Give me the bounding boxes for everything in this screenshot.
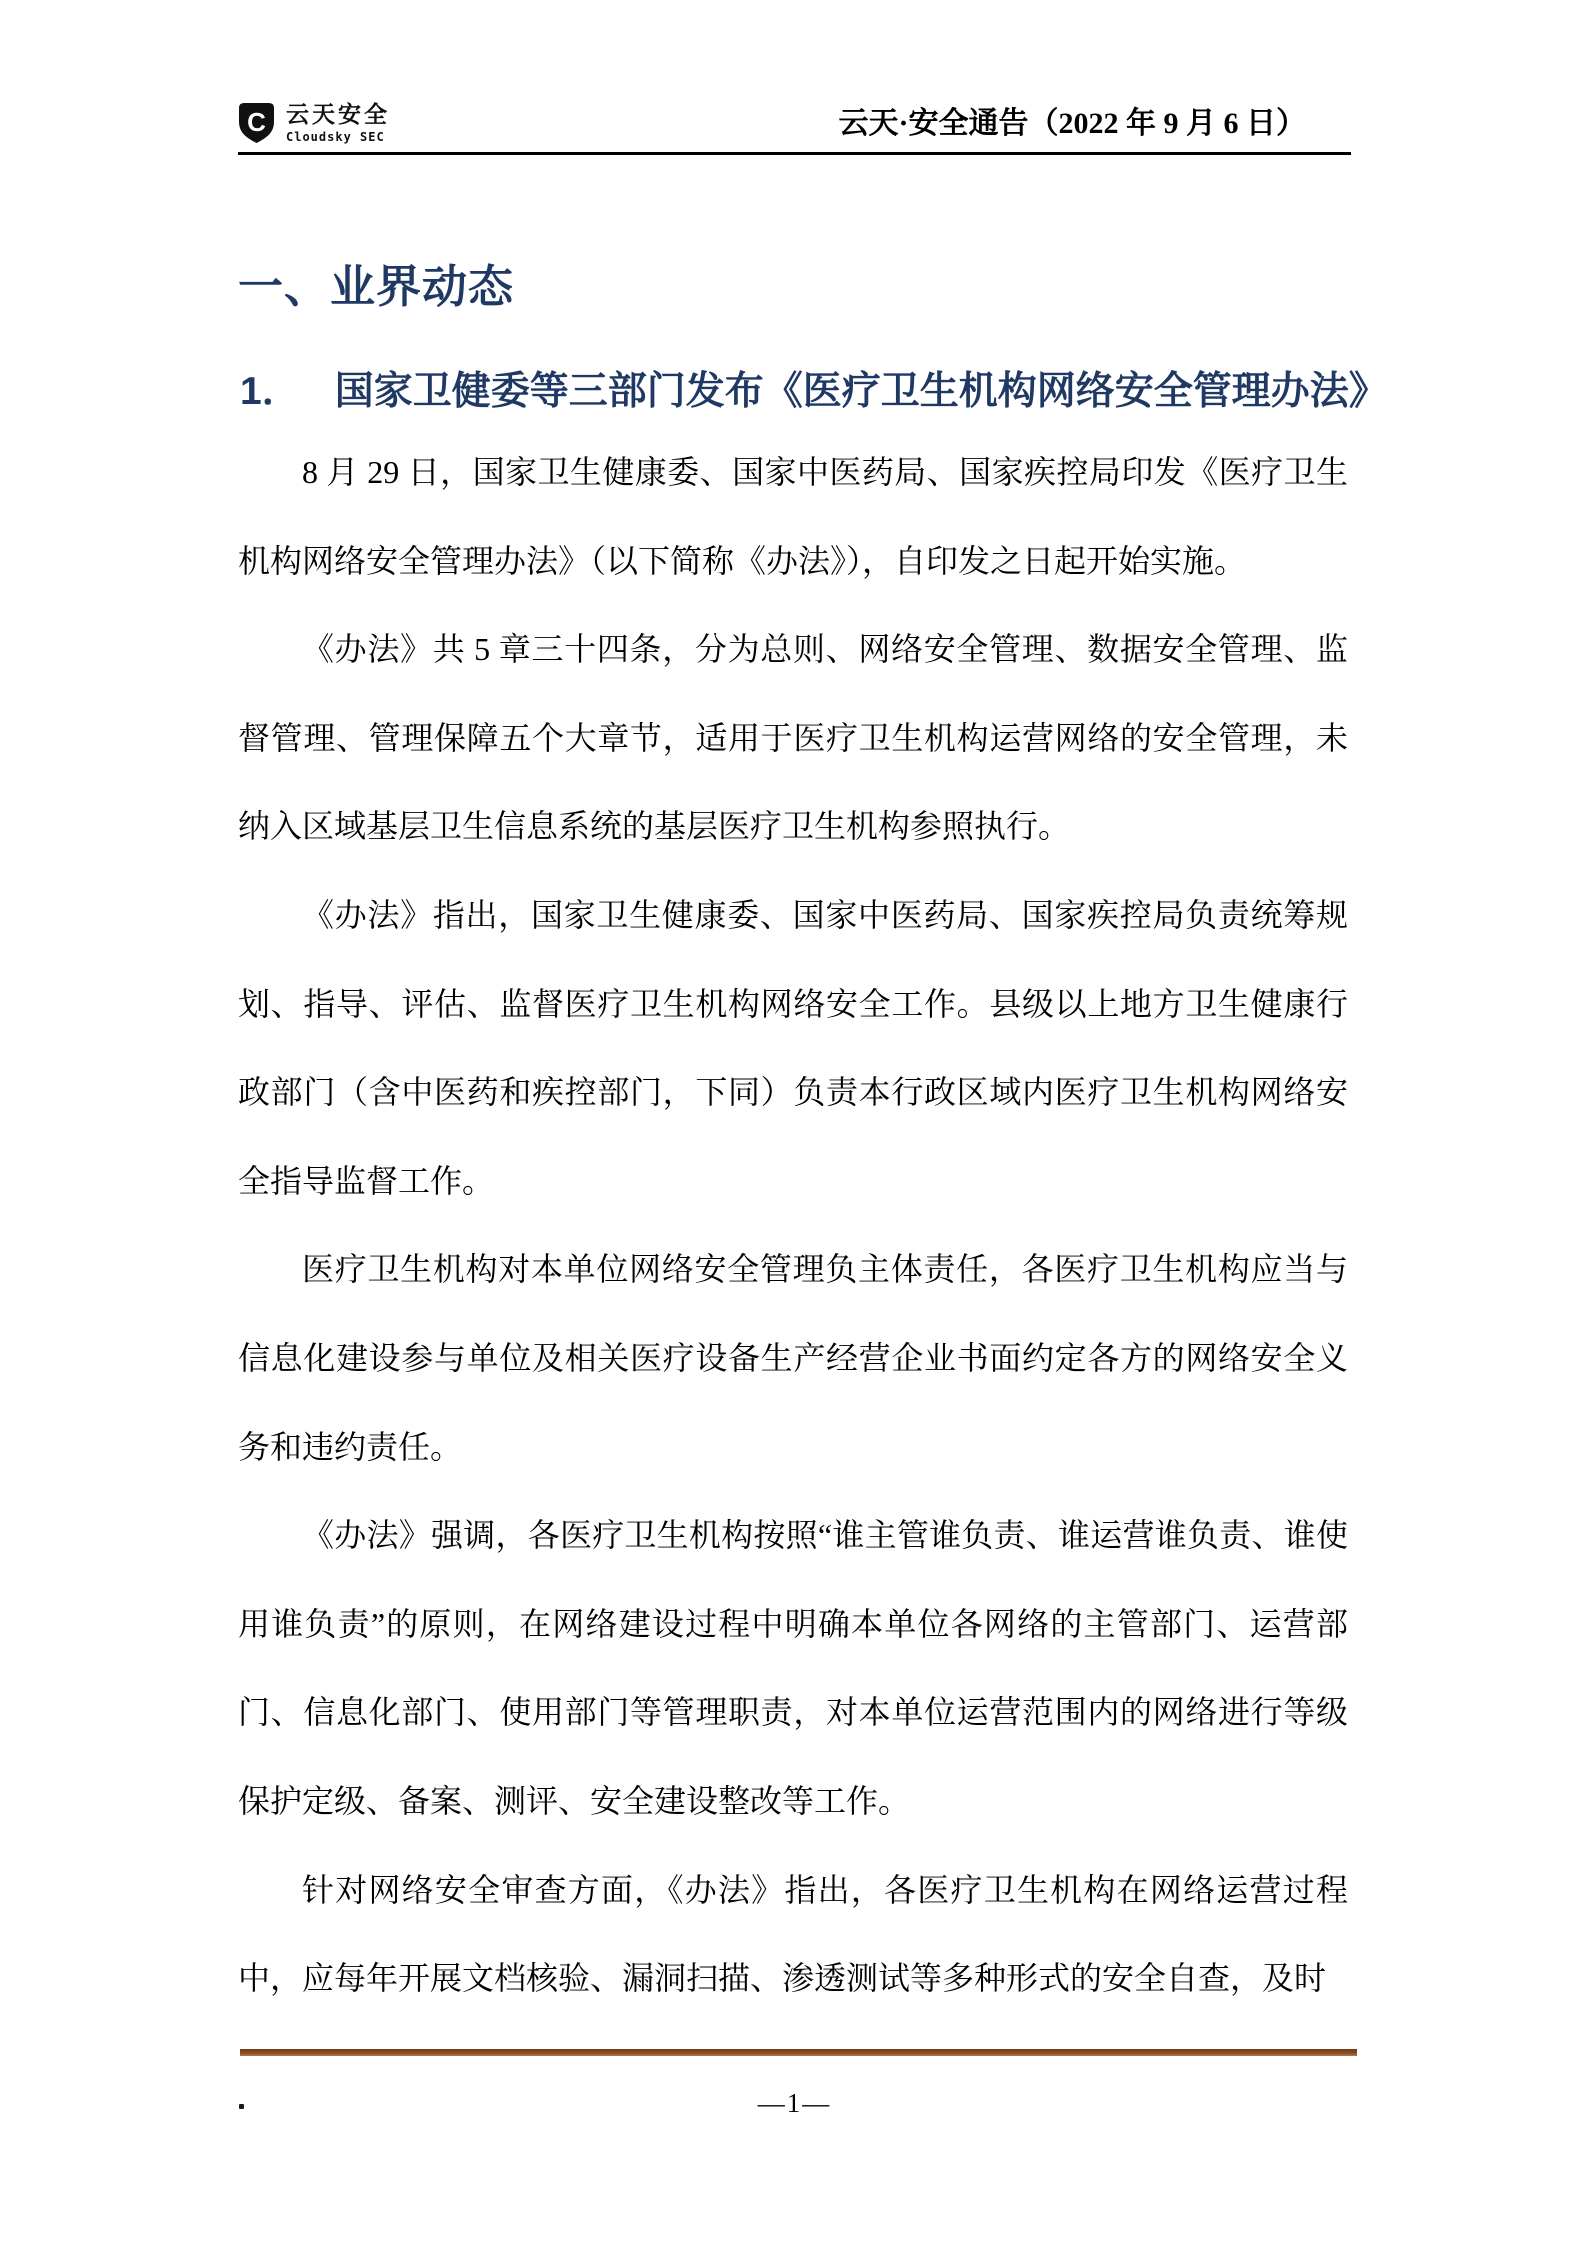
page-header: C 云天安全 Cloudsky SEC 云天·安全通告（2022 年 9 月 6…: [238, 0, 1351, 155]
document-page: C 云天安全 Cloudsky SEC 云天·安全通告（2022 年 9 月 6…: [0, 0, 1587, 2245]
brand-name-en: Cloudsky SEC: [286, 130, 390, 144]
shield-logo-icon: C: [238, 102, 275, 144]
paragraph: 《办法》共 5 章三十四条，分为总则、网络安全管理、数据安全管理、监督管理、管理…: [238, 605, 1348, 871]
shield-letter: C: [247, 107, 266, 137]
footer-rule: [240, 2049, 1357, 2056]
brand-name-cn: 云天安全: [286, 102, 390, 126]
paragraph: 针对网络安全审查方面，《办法》指出，各医疗卫生机构在网络运营过程中，应每年开展文…: [238, 1846, 1348, 2023]
paragraph: 医疗卫生机构对本单位网络安全管理负主体责任，各医疗卫生机构应当与信息化建设参与单…: [238, 1225, 1348, 1491]
paragraph: 《办法》指出，国家卫生健康委、国家中医药局、国家疾控局负责统筹规划、指导、评估、…: [238, 871, 1348, 1225]
company-logo: C 云天安全 Cloudsky SEC: [238, 102, 390, 144]
article-body: 8 月 29 日，国家卫生健康委、国家中医药局、国家疾控局印发《医疗卫生机构网络…: [238, 428, 1348, 2023]
paragraph: 《办法》强调，各医疗卫生机构按照“谁主管谁负责、谁运营谁负责、谁使用谁负责”的原…: [238, 1491, 1348, 1845]
page-number: —1—: [238, 2088, 1351, 2119]
section-heading: 一、业界动态: [238, 250, 514, 315]
article-heading: 1．国家卫健委等三部门发布《医疗卫生机构网络安全管理办法》: [240, 360, 1388, 416]
paragraph: 8 月 29 日，国家卫生健康委、国家中医药局、国家疾控局印发《医疗卫生机构网络…: [238, 428, 1348, 605]
article-title: 国家卫健委等三部门发布《医疗卫生机构网络安全管理办法》: [335, 370, 1388, 413]
article-number: 1．: [240, 370, 301, 413]
bulletin-title: 云天·安全通告（2022 年 9 月 6 日）: [838, 98, 1306, 144]
logo-text: 云天安全 Cloudsky SEC: [286, 102, 390, 143]
